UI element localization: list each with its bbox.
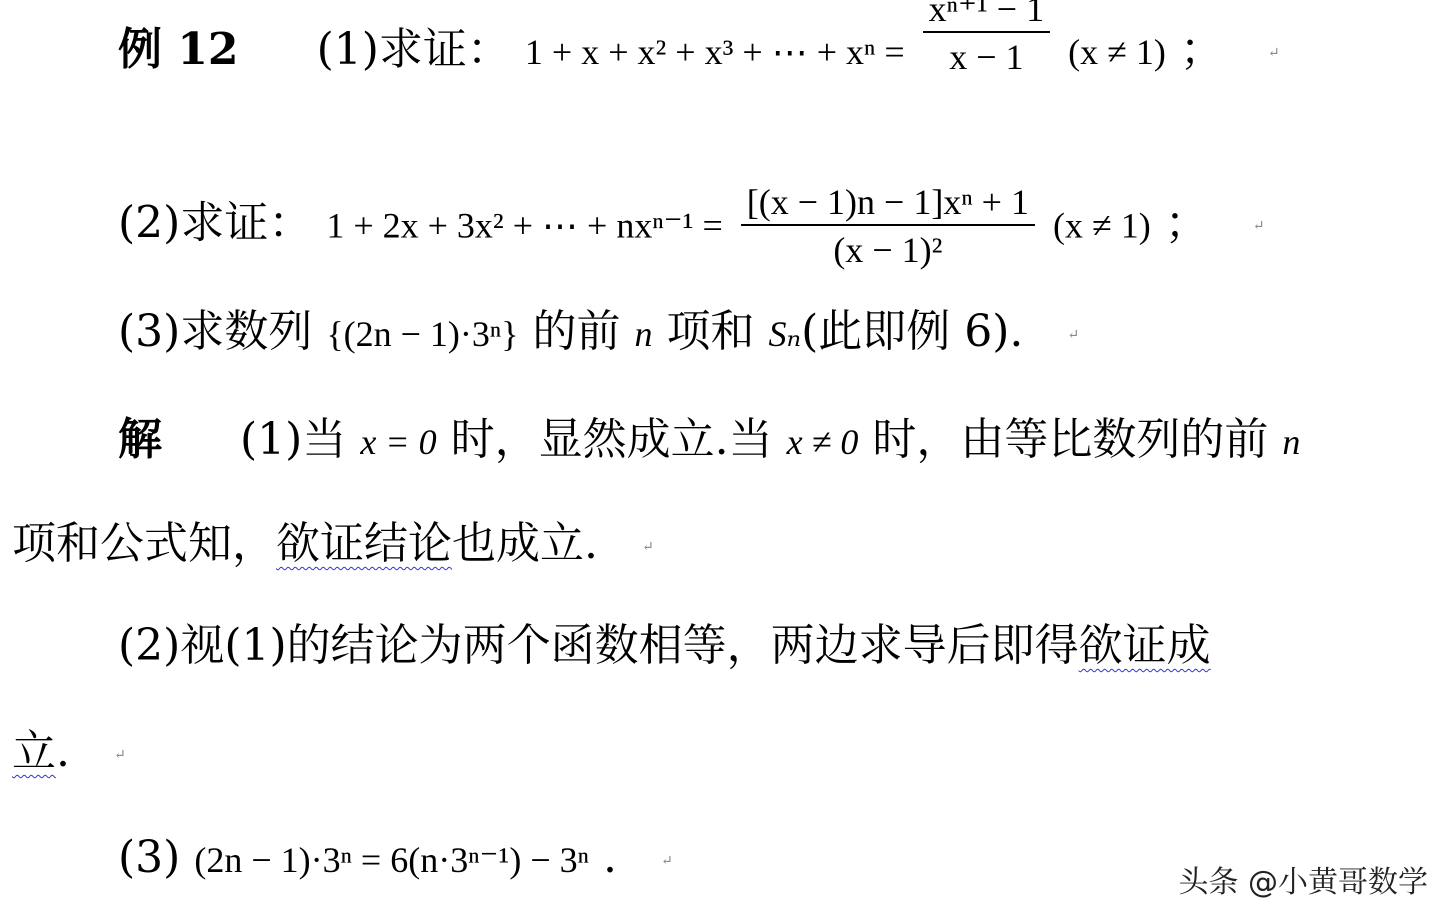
part1-end: ； — [1180, 24, 1224, 75]
paragraph-mark: ↵ — [642, 539, 654, 555]
part3-prefix: (3)求数列 — [118, 306, 312, 357]
example-part1-line: 例 12 (1)求证： 1 + x + x² + x³ + ⋯ + xⁿ = x… — [118, 28, 1280, 75]
solution-part1-line2: 项和公式知，欲证结论也成立. ↵ — [12, 522, 654, 566]
part2-lhs: 1 + 2x + 3x² + ⋯ + nxⁿ⁻¹ = — [326, 206, 722, 246]
solution-text: (2)视(1)的结论为两个函数相等，两边求导后即得 — [118, 620, 1079, 671]
paragraph-mark: ↵ — [1253, 218, 1265, 234]
watermark: 头条 @小黄哥数学 — [1178, 857, 1428, 901]
part2-prefix: (2)求证： — [118, 198, 312, 249]
equation-x-zero: x = 0 — [360, 422, 436, 462]
solution-text: 也成立. — [452, 518, 598, 569]
paragraph-mark: ↵ — [1268, 45, 1280, 61]
solution-text: . — [56, 726, 70, 777]
solution-part1-line1: 解 (1)当 x = 0 时，显然成立.当 x ≠ 0 时，由等比数列的前 n — [118, 418, 1300, 462]
solution-text: (1)当 — [240, 414, 346, 465]
part3-suffix: (此即例 6). — [801, 306, 1023, 357]
solution-part2-line2: 立. ↵ — [12, 730, 126, 774]
part1-lhs: 1 + x + x² + x³ + ⋯ + xⁿ = — [525, 32, 905, 72]
part3-n: n — [635, 314, 653, 354]
solution-text: 时，由等比数列的前 — [872, 414, 1268, 465]
example-label: 例 12 — [118, 24, 239, 75]
solution-part3-expression: (2n − 1)·3ⁿ = 6(n·3ⁿ⁻¹) − 3ⁿ — [194, 840, 589, 880]
part1-fraction: xⁿ⁺¹ − 1 x − 1 — [923, 0, 1050, 75]
part2-end: ； — [1165, 198, 1209, 249]
part3-mid2: 项和 — [667, 306, 755, 357]
solution-label: 解 — [118, 414, 162, 465]
grammar-underlined-text[interactable]: 欲证结论 — [276, 518, 452, 569]
solution-text: 时，显然成立.当 — [451, 414, 773, 465]
paragraph-mark: ↵ — [661, 853, 673, 869]
example-part2-line: (2)求证： 1 + 2x + 3x² + ⋯ + nxⁿ⁻¹ = [(x − … — [118, 184, 1264, 268]
paragraph-mark: ↵ — [1067, 327, 1079, 343]
equation-x-nonzero: x ≠ 0 — [787, 422, 859, 462]
part1-condition: (x ≠ 1) — [1068, 32, 1166, 72]
part1-denominator: x − 1 — [923, 33, 1050, 75]
solution-part3-line: (3) (2n − 1)·3ⁿ = 6(n·3ⁿ⁻¹) − 3ⁿ . ↵ — [118, 836, 673, 880]
solution-text: 项和公式知， — [12, 518, 276, 569]
solution-text: . — [603, 832, 617, 883]
solution-text: (3) — [118, 832, 180, 883]
variable-n: n — [1282, 422, 1300, 462]
grammar-underlined-text[interactable]: 立 — [12, 726, 56, 777]
part2-condition: (x ≠ 1) — [1053, 206, 1151, 246]
part3-sequence: {(2n − 1)·3ⁿ} — [326, 314, 518, 354]
part3-sum: Sₙ — [769, 314, 802, 354]
solution-part2-line1: (2)视(1)的结论为两个函数相等，两边求导后即得欲证成 — [118, 624, 1211, 668]
part3-mid: 的前 — [533, 306, 621, 357]
paragraph-mark: ↵ — [114, 747, 126, 763]
part1-prefix: (1)求证： — [317, 24, 511, 75]
part2-fraction: [(x − 1)n − 1]xⁿ + 1 (x − 1)² — [741, 184, 1035, 268]
example-part3-line: (3)求数列 {(2n − 1)·3ⁿ} 的前 n 项和 Sₙ(此即例 6). … — [118, 310, 1079, 354]
part2-numerator: [(x − 1)n − 1]xⁿ + 1 — [741, 184, 1035, 226]
part2-denominator: (x − 1)² — [741, 226, 1035, 268]
grammar-underlined-text[interactable]: 欲证成 — [1079, 620, 1211, 671]
part1-numerator: xⁿ⁺¹ − 1 — [923, 0, 1050, 33]
